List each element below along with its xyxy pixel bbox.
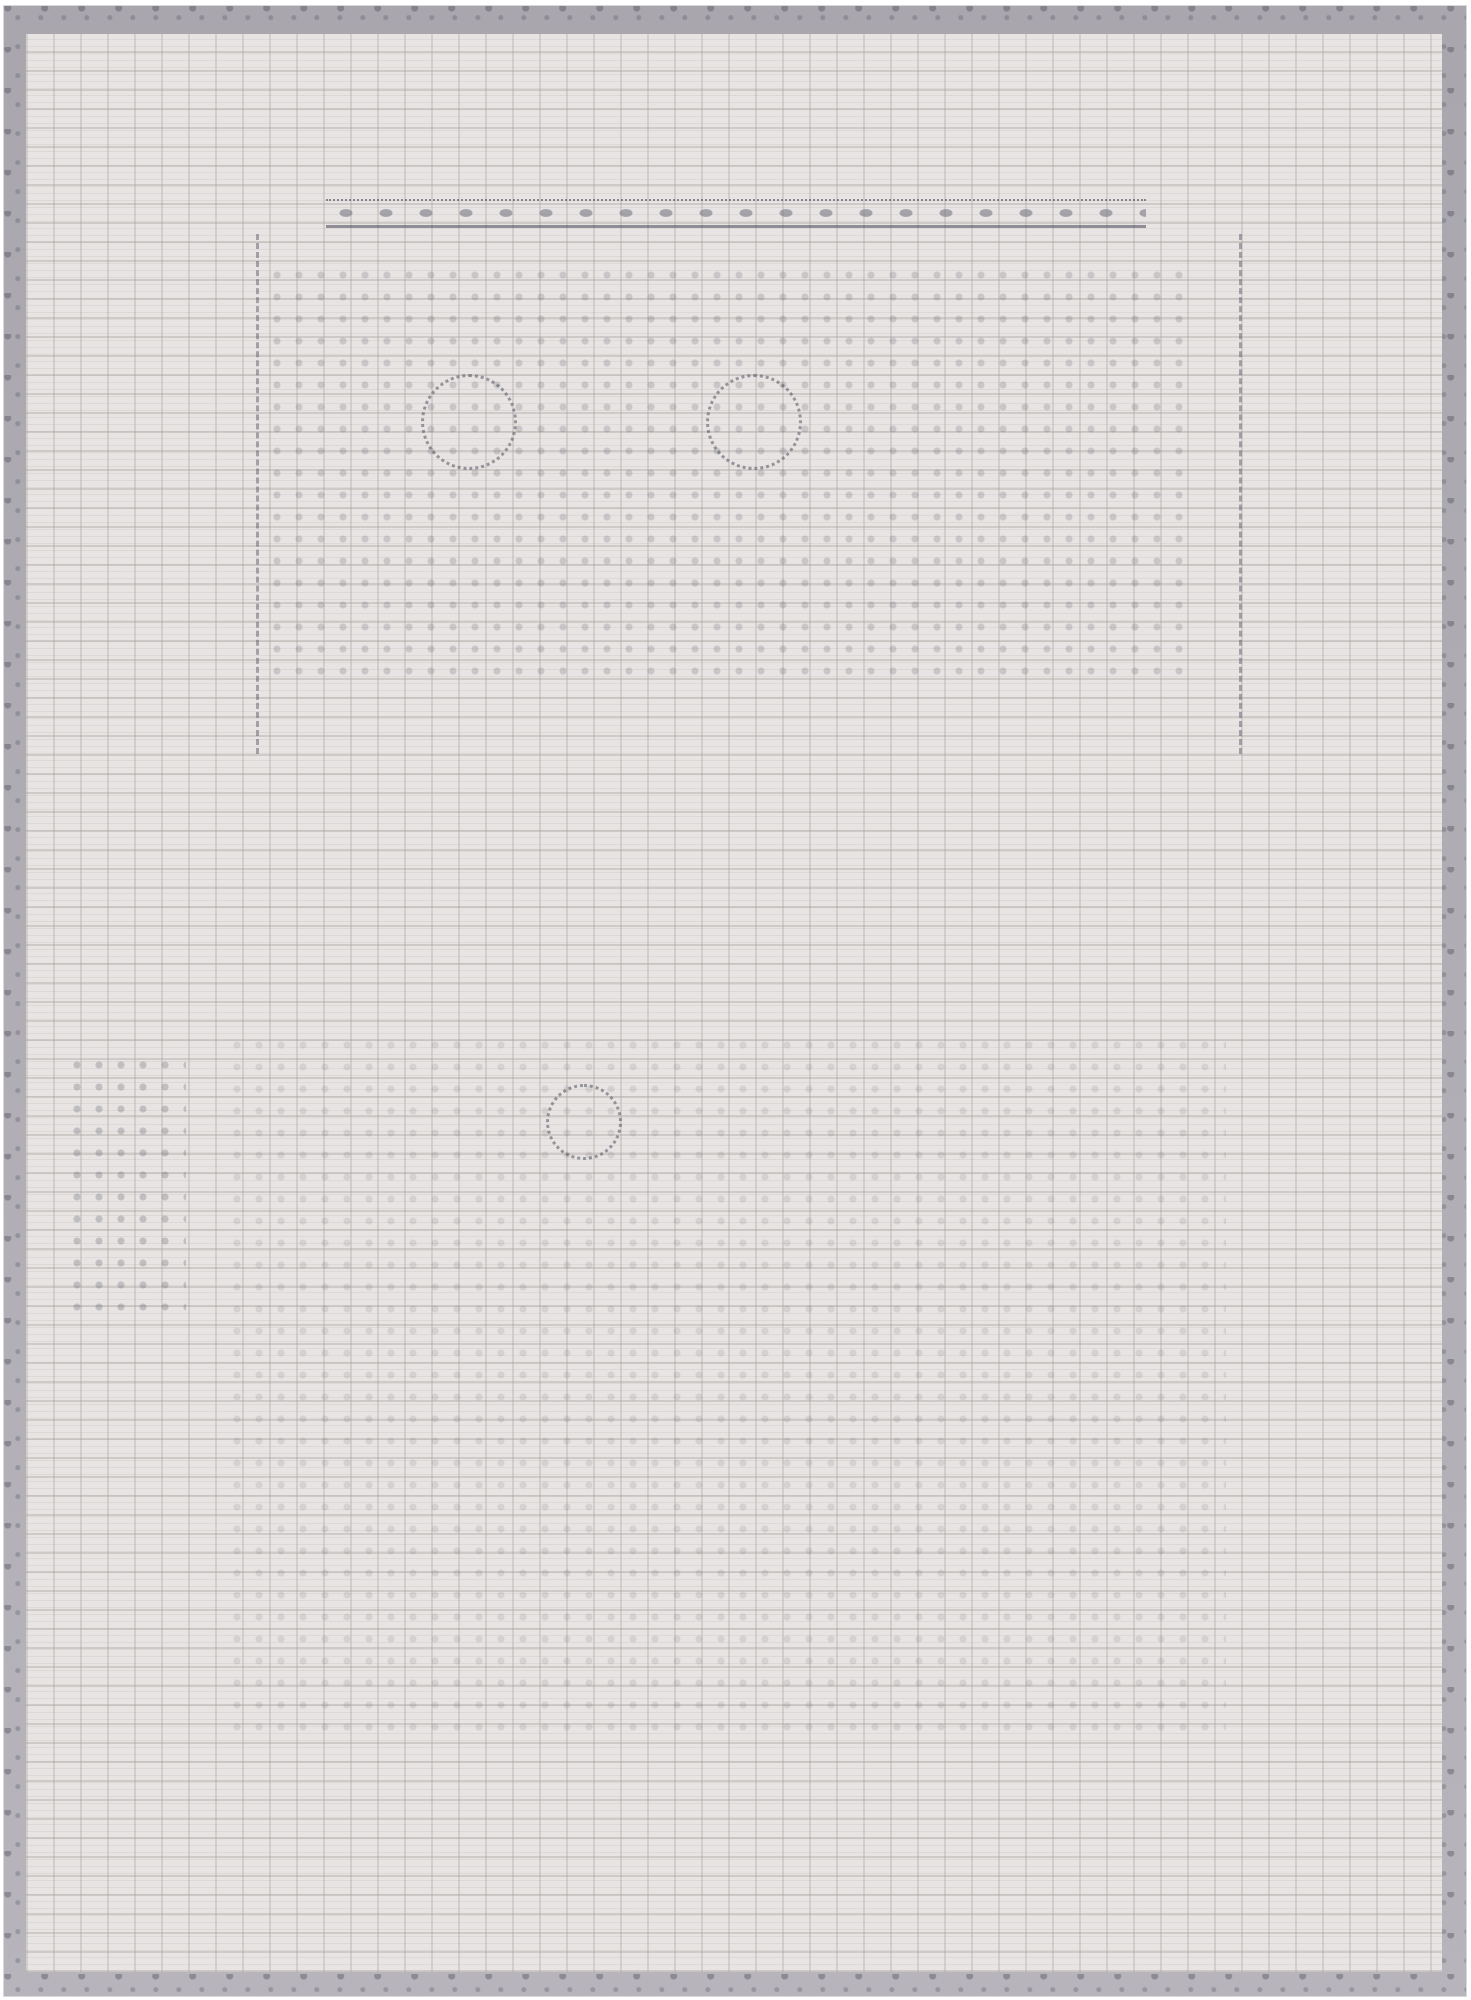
pattern-motif-upper (266, 264, 1186, 684)
pattern-motif-lower (226, 1034, 1226, 1734)
rug-image (4, 6, 1466, 1996)
pattern-motif-left (66, 1054, 186, 1314)
rug-field (26, 34, 1442, 1972)
ornamental-band (326, 199, 1146, 228)
